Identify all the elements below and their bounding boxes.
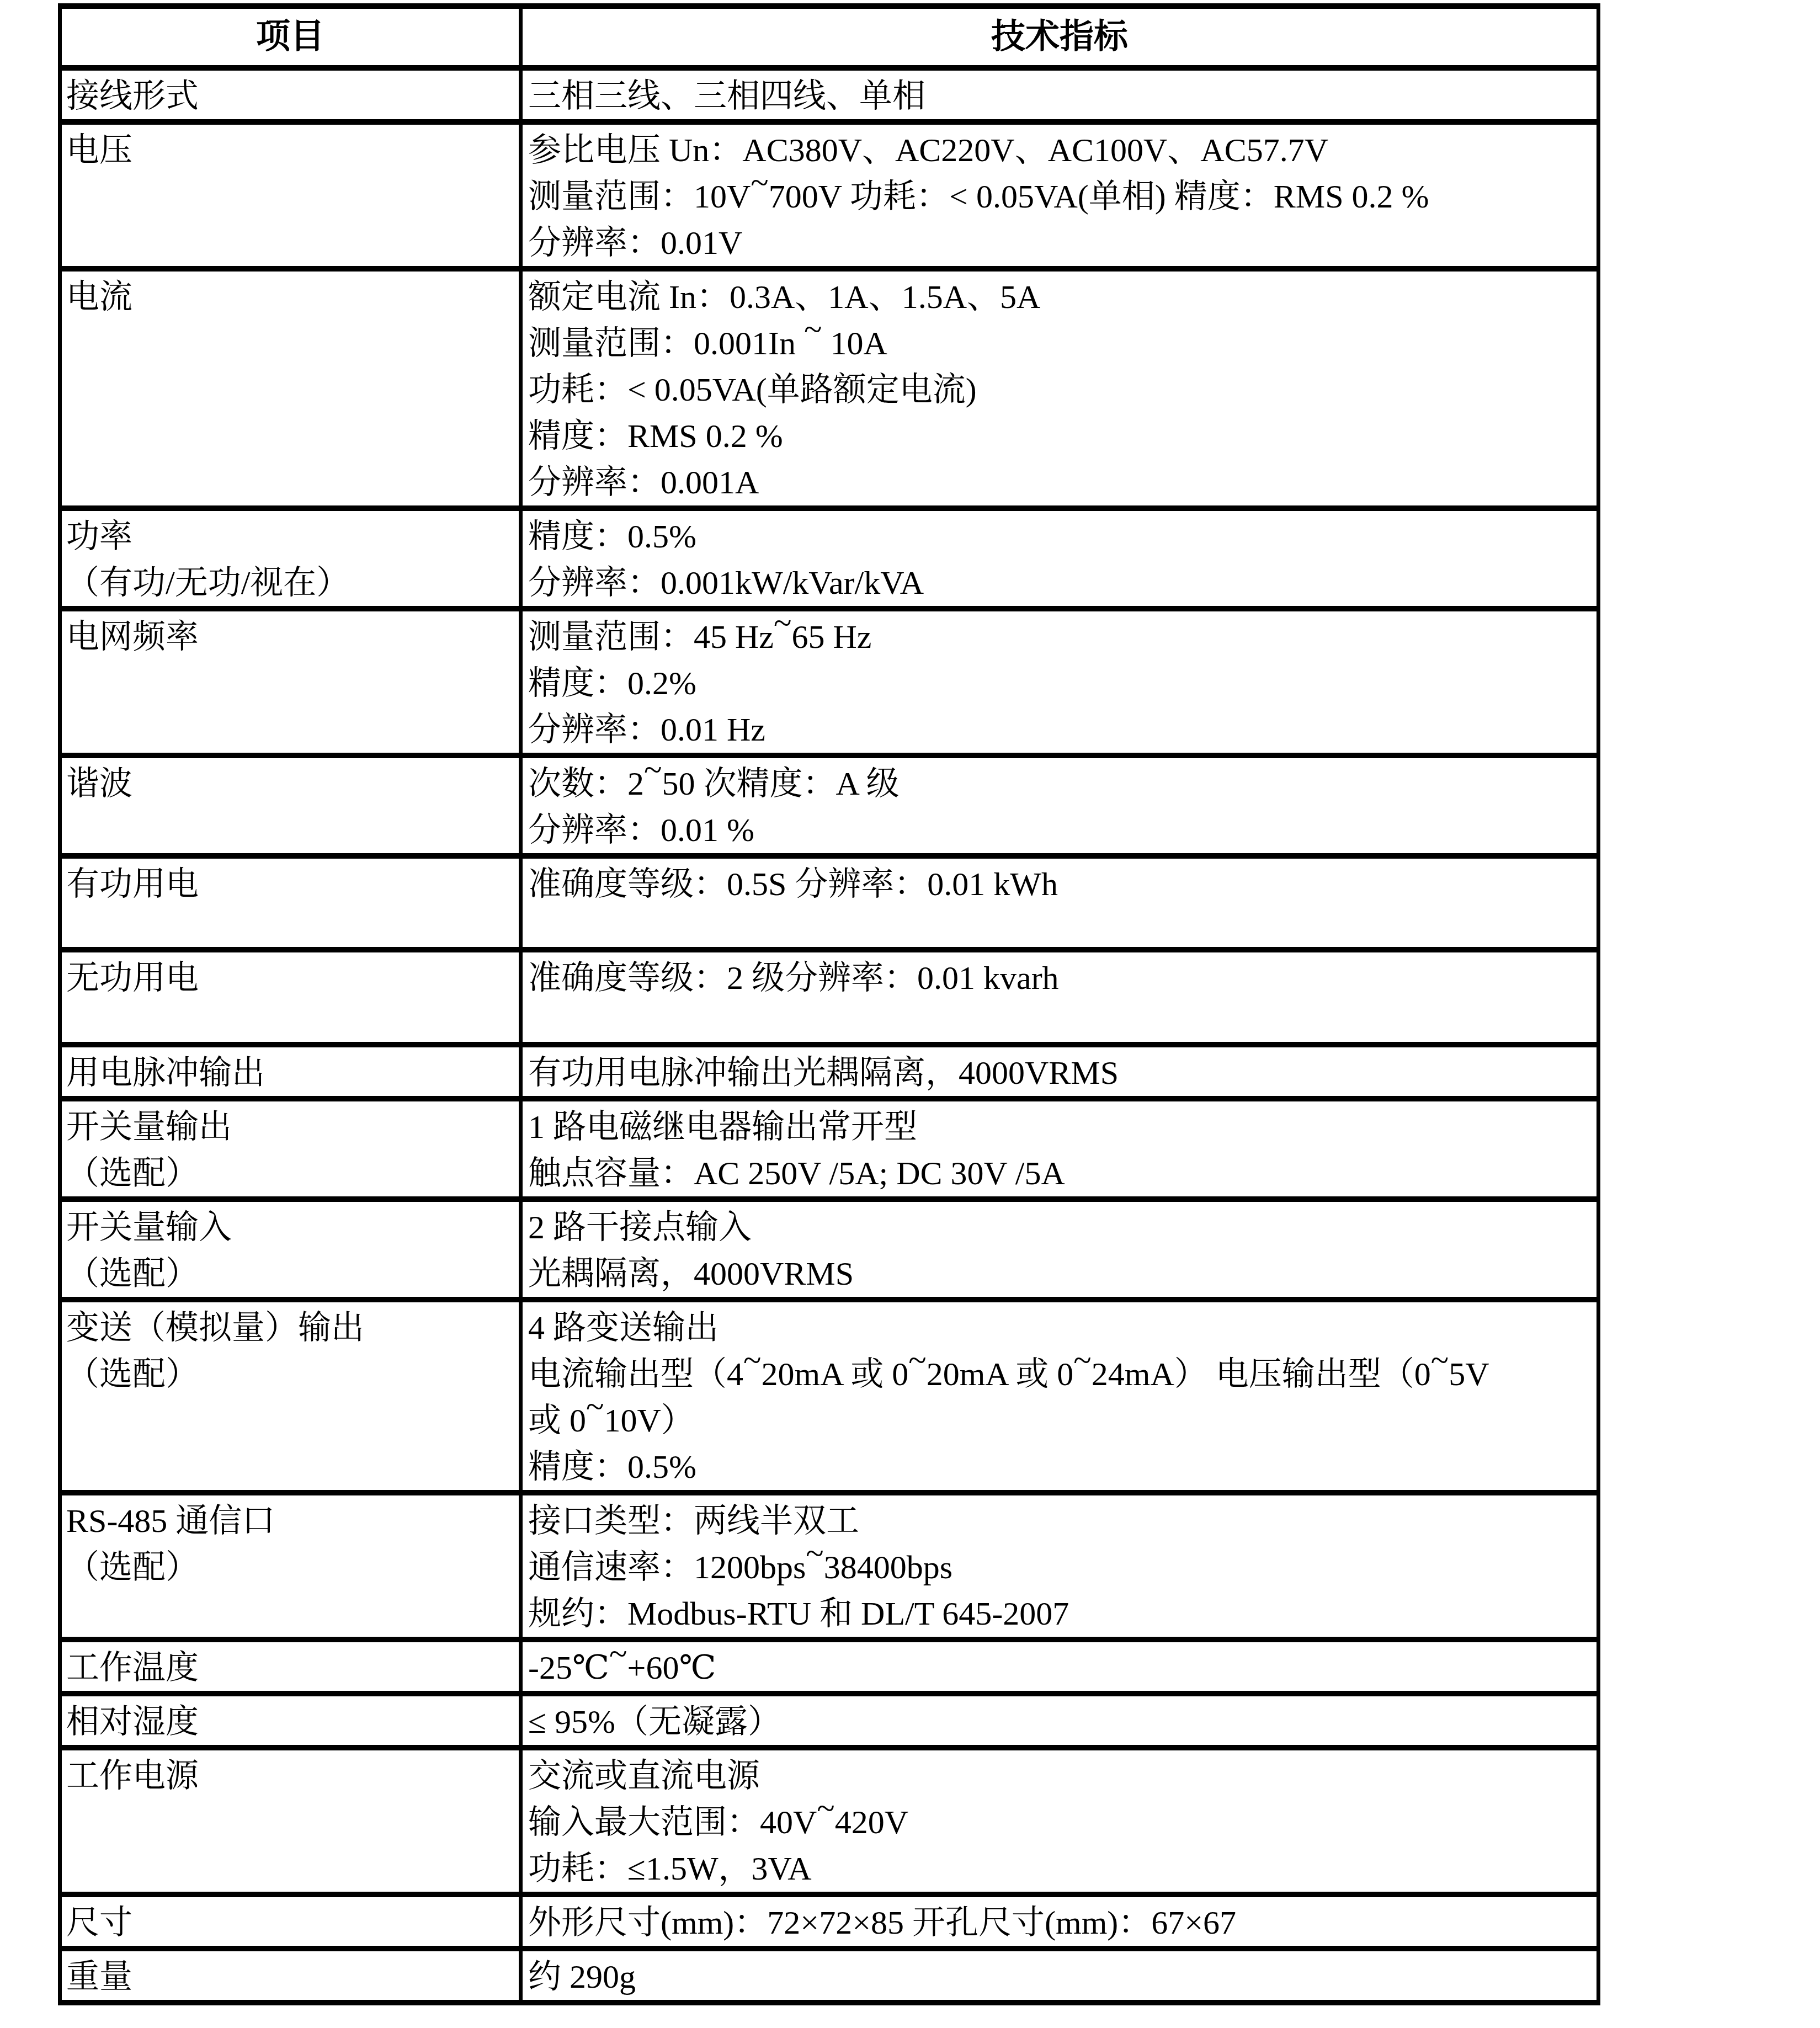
- spec-table-body: 接线形式三相三线、三相四线、单相电压参比电压 Un：AC380V、AC220V、…: [60, 68, 1599, 2003]
- spec-cell: 2 路干接点输入光耦隔离，4000VRMS: [521, 1199, 1599, 1300]
- table-row: 相对湿度≤ 95%（无凝露）: [60, 1694, 1599, 1748]
- spec-line: 或 0~10V）: [528, 1397, 1594, 1444]
- item-line: （选配）: [66, 1250, 517, 1297]
- item-line: 功率: [66, 513, 517, 560]
- spec-cell: 参比电压 Un：AC380V、AC220V、AC100V、AC57.7V测量范围…: [521, 122, 1599, 269]
- table-row: 接线形式三相三线、三相四线、单相: [60, 68, 1599, 122]
- item-cell: 接线形式: [60, 68, 521, 122]
- spec-line: 交流或直流电源: [528, 1753, 1594, 1799]
- spec-cell: 精度：0.5%分辨率：0.001kW/kVar/kVA: [521, 508, 1599, 609]
- table-row: 用电脉冲输出有功用电脉冲输出光耦隔离，4000VRMS: [60, 1045, 1599, 1099]
- table-row: 谐波次数：2~50 次精度：A 级分辨率：0.01 %: [60, 755, 1599, 856]
- spec-cell: 接口类型：两线半双工通信速率：1200bps~38400bps规约：Modbus…: [521, 1493, 1599, 1640]
- item-line: （选配）: [66, 1150, 517, 1196]
- item-cell: 尺寸: [60, 1894, 521, 1949]
- spec-line: 精度：RMS 0.2 %: [528, 413, 1594, 459]
- table-row: 电网频率测量范围：45 Hz~65 Hz精度：0.2%分辨率：0.01 Hz: [60, 609, 1599, 755]
- table-row: 功率（有功/无功/视在）精度：0.5%分辨率：0.001kW/kVar/kVA: [60, 508, 1599, 609]
- item-cell: 有功用电: [60, 856, 521, 950]
- spec-line: 额定电流 In：0.3A、1A、1.5A、5A: [528, 274, 1594, 320]
- item-cell: 功率（有功/无功/视在）: [60, 508, 521, 609]
- spec-line: 准确度等级：2 级分辨率：0.01 kvarh: [528, 955, 1594, 1001]
- spec-line: 2 路干接点输入: [528, 1204, 1594, 1250]
- spec-line: -25℃~+60℃: [528, 1644, 1594, 1691]
- spec-table: 项目 技术指标 接线形式三相三线、三相四线、单相电压参比电压 Un：AC380V…: [58, 3, 1600, 2005]
- spec-cell: 4 路变送输出电流输出型（4~20mA 或 0~20mA 或 0~24mA） 电…: [521, 1300, 1599, 1493]
- spec-cell: 交流或直流电源输入最大范围：40V~420V功耗：≤1.5W，3VA: [521, 1748, 1599, 1894]
- table-row: 变送（模拟量）输出（选配）4 路变送输出电流输出型（4~20mA 或 0~20m…: [60, 1300, 1599, 1493]
- spec-line: 参比电压 Un：AC380V、AC220V、AC100V、AC57.7V: [528, 127, 1594, 173]
- spec-line: 精度：0.5%: [528, 513, 1594, 560]
- spec-line: 光耦隔离，4000VRMS: [528, 1250, 1594, 1297]
- spec-line: 分辨率：0.001A: [528, 459, 1594, 505]
- spec-sheet-page: 项目 技术指标 接线形式三相三线、三相四线、单相电压参比电压 Un：AC380V…: [0, 0, 1820, 2028]
- table-row: 工作温度-25℃~+60℃: [60, 1640, 1599, 1694]
- table-row: 重量约 290g: [60, 1949, 1599, 2003]
- spec-line: 精度：0.5%: [528, 1444, 1594, 1490]
- item-line: 接线形式: [66, 73, 517, 119]
- spec-line: 规约：Modbus-RTU 和 DL/T 645-2007: [528, 1590, 1594, 1637]
- spec-line: 电流输出型（4~20mA 或 0~20mA 或 0~24mA） 电压输出型（0~…: [528, 1351, 1594, 1397]
- spec-line: 分辨率：0.01 %: [528, 807, 1594, 853]
- spec-line: 1 路电磁继电器输出常开型: [528, 1104, 1594, 1150]
- table-row: 工作电源交流或直流电源输入最大范围：40V~420V功耗：≤1.5W，3VA: [60, 1748, 1599, 1894]
- item-line: 无功用电: [66, 955, 517, 1001]
- spec-cell: 额定电流 In：0.3A、1A、1.5A、5A测量范围：0.001In ~ 10…: [521, 269, 1599, 508]
- table-row: 开关量输出（选配）1 路电磁继电器输出常开型触点容量：AC 250V /5A; …: [60, 1099, 1599, 1199]
- item-line: 谐波: [66, 760, 517, 807]
- item-line: （选配）: [66, 1544, 517, 1590]
- spec-line: ≤ 95%（无凝露）: [528, 1699, 1594, 1745]
- spec-line: 准确度等级：0.5S 分辨率：0.01 kWh: [528, 861, 1594, 907]
- item-cell: 电网频率: [60, 609, 521, 755]
- item-line: （有功/无功/视在）: [66, 560, 517, 606]
- item-line: 有功用电: [66, 861, 517, 907]
- header-item-column: 项目: [60, 6, 521, 68]
- spec-line: 约 290g: [528, 1954, 1594, 2000]
- spec-line: 三相三线、三相四线、单相: [528, 73, 1594, 119]
- item-line: 电压: [66, 127, 517, 173]
- item-cell: 工作电源: [60, 1748, 521, 1894]
- item-cell: 工作温度: [60, 1640, 521, 1694]
- spec-cell: 有功用电脉冲输出光耦隔离，4000VRMS: [521, 1045, 1599, 1099]
- spec-line: 触点容量：AC 250V /5A; DC 30V /5A: [528, 1150, 1594, 1196]
- item-line: 相对湿度: [66, 1699, 517, 1745]
- item-cell: 开关量输入（选配）: [60, 1199, 521, 1300]
- spec-line: 精度：0.2%: [528, 660, 1594, 706]
- spec-cell: 次数：2~50 次精度：A 级分辨率：0.01 %: [521, 755, 1599, 856]
- table-row: RS-485 通信口（选配）接口类型：两线半双工通信速率：1200bps~384…: [60, 1493, 1599, 1640]
- item-line: 用电脉冲输出: [66, 1050, 517, 1096]
- item-cell: 相对湿度: [60, 1694, 521, 1748]
- spec-cell: 1 路电磁继电器输出常开型触点容量：AC 250V /5A; DC 30V /5…: [521, 1099, 1599, 1199]
- table-row: 电流额定电流 In：0.3A、1A、1.5A、5A测量范围：0.001In ~ …: [60, 269, 1599, 508]
- table-row: 尺寸外形尺寸(mm)：72×72×85 开孔尺寸(mm)：67×67: [60, 1894, 1599, 1949]
- spec-cell: 测量范围：45 Hz~65 Hz精度：0.2%分辨率：0.01 Hz: [521, 609, 1599, 755]
- item-line: 电流: [66, 274, 517, 320]
- item-line: 开关量输出: [66, 1104, 517, 1150]
- spec-line: 功耗：< 0.05VA(单路额定电流): [528, 366, 1594, 413]
- item-cell: 变送（模拟量）输出（选配）: [60, 1300, 521, 1493]
- header-row: 项目 技术指标: [60, 6, 1599, 68]
- table-row: 无功用电准确度等级：2 级分辨率：0.01 kvarh: [60, 950, 1599, 1045]
- spec-line: 分辨率：0.001kW/kVar/kVA: [528, 560, 1594, 606]
- spec-line: 通信速率：1200bps~38400bps: [528, 1544, 1594, 1590]
- spec-line: 测量范围：45 Hz~65 Hz: [528, 614, 1594, 660]
- spec-line: 外形尺寸(mm)：72×72×85 开孔尺寸(mm)：67×67: [528, 1899, 1594, 1946]
- item-cell: 用电脉冲输出: [60, 1045, 521, 1099]
- item-line: （选配）: [66, 1351, 517, 1397]
- spec-line: 次数：2~50 次精度：A 级: [528, 760, 1594, 807]
- item-line: 变送（模拟量）输出: [66, 1305, 517, 1351]
- item-cell: 电流: [60, 269, 521, 508]
- spec-cell: -25℃~+60℃: [521, 1640, 1599, 1694]
- spec-line: 输入最大范围：40V~420V: [528, 1799, 1594, 1845]
- item-line: 工作电源: [66, 1753, 517, 1799]
- header-spec-column: 技术指标: [521, 6, 1599, 68]
- item-cell: 谐波: [60, 755, 521, 856]
- item-cell: 重量: [60, 1949, 521, 2003]
- item-line: 尺寸: [66, 1899, 517, 1946]
- spec-cell: ≤ 95%（无凝露）: [521, 1694, 1599, 1748]
- spec-cell: 外形尺寸(mm)：72×72×85 开孔尺寸(mm)：67×67: [521, 1894, 1599, 1949]
- spec-cell: 准确度等级：2 级分辨率：0.01 kvarh: [521, 950, 1599, 1045]
- spec-cell: 三相三线、三相四线、单相: [521, 68, 1599, 122]
- spec-line: 分辨率：0.01V: [528, 220, 1594, 266]
- spec-line: 有功用电脉冲输出光耦隔离，4000VRMS: [528, 1050, 1594, 1096]
- item-line: 电网频率: [66, 614, 517, 660]
- table-row: 有功用电准确度等级：0.5S 分辨率：0.01 kWh: [60, 856, 1599, 950]
- item-cell: 电压: [60, 122, 521, 269]
- item-line: RS-485 通信口: [66, 1498, 517, 1544]
- spec-line: 测量范围：0.001In ~ 10A: [528, 320, 1594, 366]
- table-row: 电压参比电压 Un：AC380V、AC220V、AC100V、AC57.7V测量…: [60, 122, 1599, 269]
- spec-line: 接口类型：两线半双工: [528, 1498, 1594, 1544]
- spec-cell: 约 290g: [521, 1949, 1599, 2003]
- item-line: 工作温度: [66, 1644, 517, 1691]
- item-line: 重量: [66, 1954, 517, 2000]
- table-row: 开关量输入（选配）2 路干接点输入光耦隔离，4000VRMS: [60, 1199, 1599, 1300]
- spec-line: 测量范围：10V~700V 功耗：< 0.05VA(单相) 精度：RMS 0.2…: [528, 173, 1594, 220]
- item-cell: 无功用电: [60, 950, 521, 1045]
- item-cell: RS-485 通信口（选配）: [60, 1493, 521, 1640]
- spec-line: 功耗：≤1.5W，3VA: [528, 1845, 1594, 1892]
- item-cell: 开关量输出（选配）: [60, 1099, 521, 1199]
- spec-cell: 准确度等级：0.5S 分辨率：0.01 kWh: [521, 856, 1599, 950]
- spec-line: 分辨率：0.01 Hz: [528, 706, 1594, 753]
- item-line: 开关量输入: [66, 1204, 517, 1250]
